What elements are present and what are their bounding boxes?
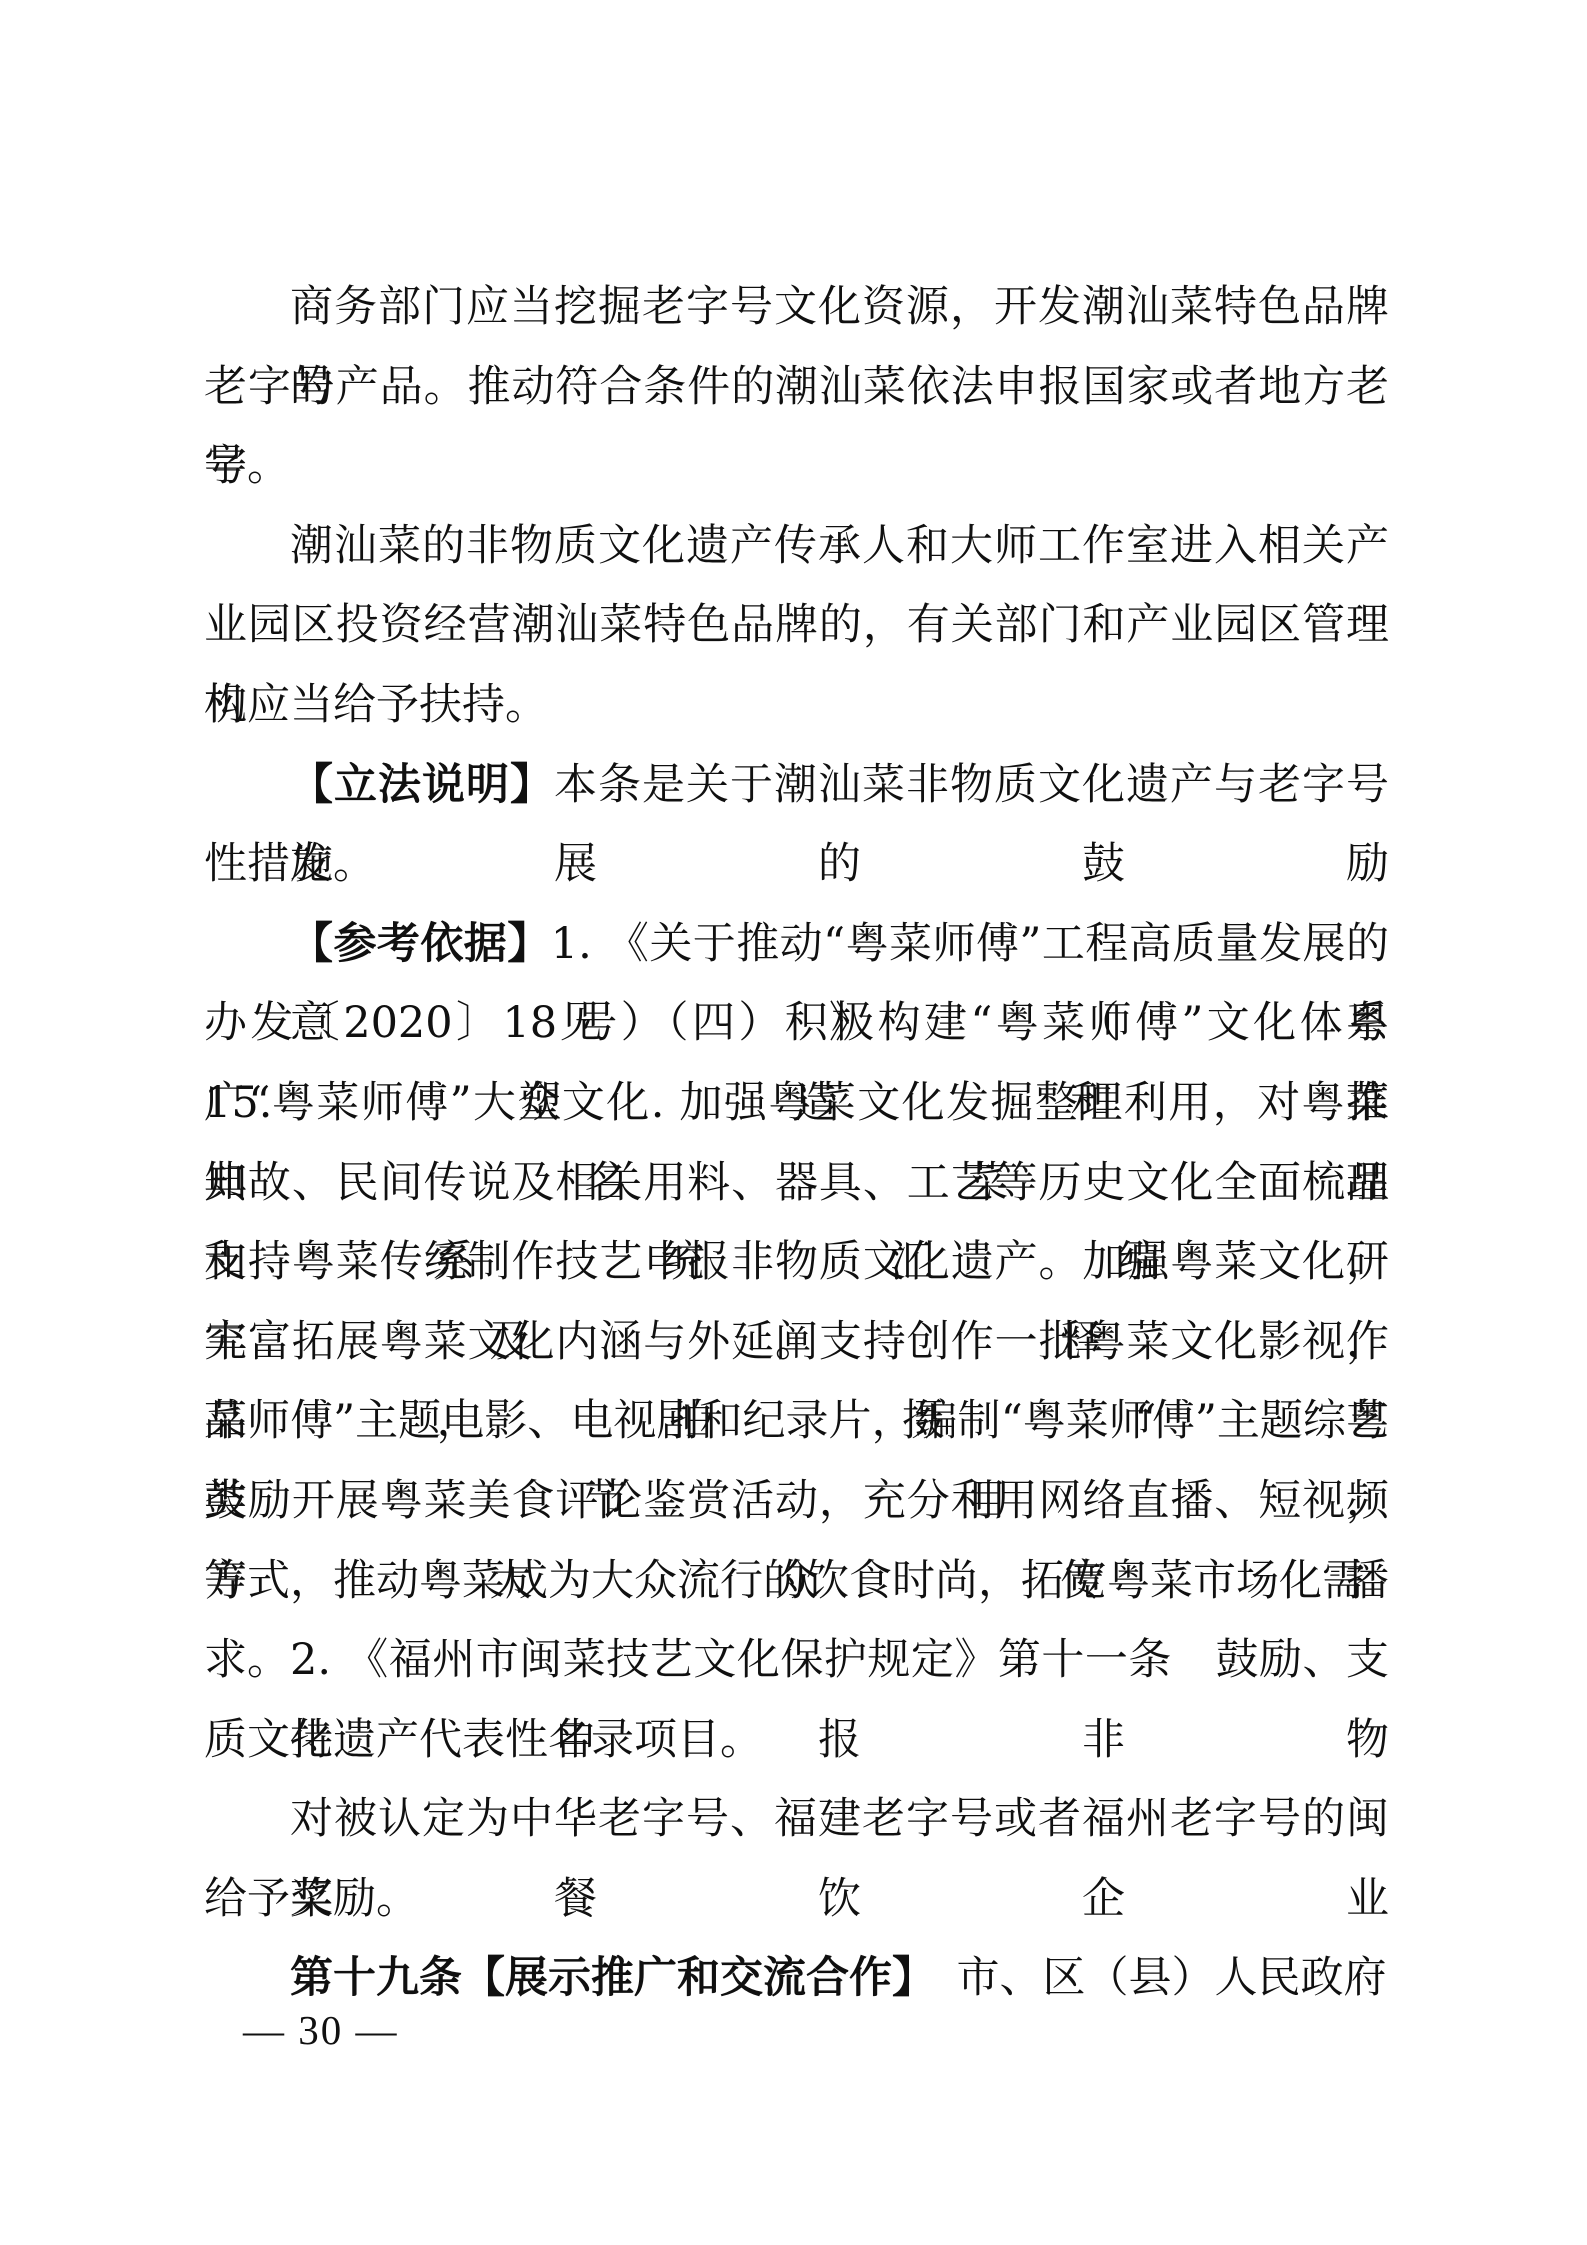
text-line: 丰富拓展粤菜文化内涵与外延。支持创作一批粤菜文化影视作品，拍摄“粤 [204,1303,1389,1383]
text-line: 支持粤菜传统制作技艺申报非物质文化遗产。加强粤菜文化研究及阐释， [204,1223,1389,1303]
text-line: 业园区投资经营潮汕菜特色品牌的，有关部门和产业园区管理机 [204,586,1389,666]
text-line: 【参考依据】1. 《关于推动“粤菜师傅”工程高质量发展的意见》（粤 [204,905,1389,985]
text-segment: 构应当给予扶持。 [204,682,548,729]
text-segment: 号。 [204,443,290,490]
text-line: 老字号产品。推动符合条件的潮汕菜依法申报国家或者地方老字 [204,348,1389,428]
text-segment: 对被认定为中华老字号、福建老字号或者福州老字号的闽菜餐饮企业 [290,1794,1389,1924]
text-line: 办发〔2020〕18 号）（四）积极构建“粤菜师傅”文化体系 15. 塑造和推 [204,984,1389,1064]
text-line: 构应当给予扶持。 [204,666,1389,746]
text-block: 商务部门应当挖掘老字号文化资源，开发潮汕菜特色品牌的老字号产品。推动符合条件的潮… [204,268,1389,2019]
text-line: 典故、民间传说及相关用料、器具、工艺等历史文化全面梳理和系统汇编， [204,1144,1389,1224]
bold-label-segment: 【参考依据】 [290,920,551,968]
bold-label-segment: 【立法说明】 [290,761,554,809]
text-line: 广“粤菜师傅”大众文化. 加强粤菜文化发掘整理利用，对粤菜知名菜品 [204,1064,1389,1144]
page-number: — 30 — [243,2006,399,2054]
text-line: 对被认定为中华老字号、福建老字号或者福州老字号的闽菜餐饮企业 [204,1780,1389,1860]
text-line: 【立法说明】本条是关于潮汕菜非物质文化遗产与老字号发展的鼓励 [204,746,1389,826]
text-segment: 质文化遗产代表性名录项目。 [204,1715,763,1765]
text-line: 潮汕菜的非物质文化遗产传承人和大师工作室进入相关产 [204,507,1389,587]
bold-label-segment: 第十九条【展示推广和交流合作】 [290,1954,914,2002]
text-line: 方式，推动粤菜成为大众流行的饮食时尚，拓宽粤菜市场化需求。 [204,1542,1389,1622]
text-line: 菜师傅”主题电影、电视剧和纪录片，编制“粤菜师傅”主题综艺类节目， [204,1382,1389,1462]
text-segment: 潮汕菜的非物质文化遗产传承人和大师工作室进入相关产 [290,523,1389,570]
text-line: 号。 [204,427,1389,507]
document-page: 商务部门应当挖掘老字号文化资源，开发潮汕菜特色品牌的老字号产品。推动符合条件的潮… [0,0,1587,2245]
text-line: 2. 《福州市闽菜技艺文化保护规定》第十一条 鼓励、支持申报非物 [204,1621,1389,1701]
text-line: 鼓励开展粤菜美食评论鉴赏活动，充分利用网络直播、短视频等大众传播 [204,1462,1389,1542]
text-segment: 给予奖励。 [204,1874,419,1924]
text-line: 商务部门应当挖掘老字号文化资源，开发潮汕菜特色品牌的 [204,268,1389,348]
text-segment: 性措施。 [204,839,376,889]
text-segment: 市、区（县）人民政府 [914,1955,1387,2002]
